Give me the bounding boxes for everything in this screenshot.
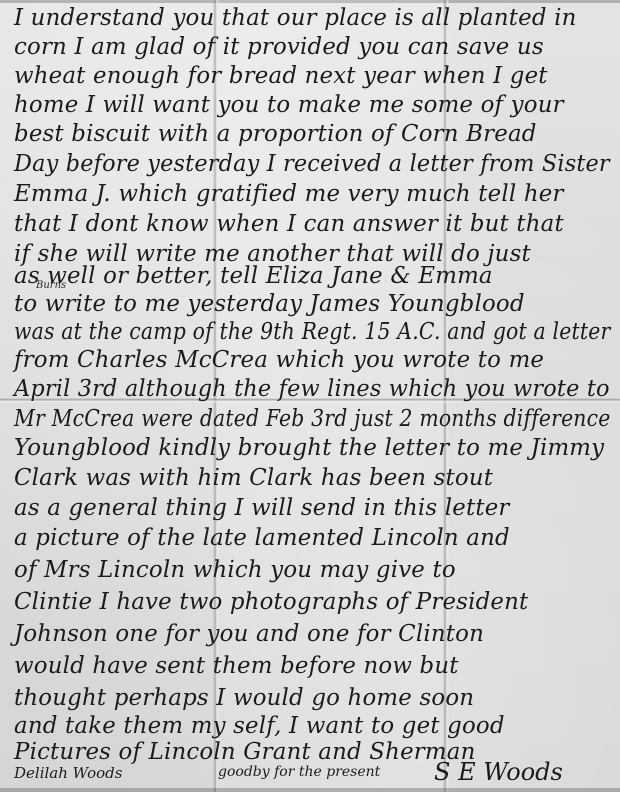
letter-line-11: to write to me yesterday James Youngbloo…: [14, 290, 610, 318]
letter-line-21: Clintie I have two photographs of Presid…: [14, 588, 610, 616]
letter-line-16: Youngblood kindly brought the letter to …: [14, 434, 610, 462]
letter-line-23: would have sent them before now but: [14, 652, 610, 680]
letter-line-8: that I dont know when I can answer it bu…: [14, 210, 610, 238]
letter-line-24: thought perhaps I would go home soon: [14, 684, 610, 712]
letter-line-3: wheat enough for bread next year when I …: [14, 62, 610, 90]
letter-line-17: Clark was with him Clark has been stout: [14, 464, 610, 492]
letter-line-15: Mr McCrea were dated Feb 3rd just 2 mont…: [14, 405, 546, 433]
letter-line-22: Johnson one for you and one for Clinton: [14, 620, 610, 648]
letter-footer: Delilah Woods goodby for the present S E…: [14, 760, 614, 786]
letter-line-10: as well or better, tell Eliza Jane & Emm…: [14, 262, 610, 290]
letter-line-4: home I will want you to make me some of …: [14, 91, 610, 119]
letter-line-14: April 3rd although the few lines which y…: [14, 375, 597, 403]
letter-line-20: of Mrs Lincoln which you may give to: [14, 556, 610, 584]
letter-line-25: and take them my self, I want to get goo…: [14, 712, 610, 740]
closing-phrase: goodby for the present: [218, 764, 380, 780]
letter-line-1: I understand you that our place is all p…: [14, 4, 610, 32]
letter-line-13: from Charles McCrea which you wrote to m…: [14, 346, 610, 374]
letter-line-12: was at the camp of the 9th Regt. 15 A.C.…: [14, 318, 546, 346]
paper-bottom-edge: [0, 788, 620, 792]
letter-line-6: Day before yesterday I received a letter…: [14, 150, 597, 178]
letter-line-18: as a general thing I will send in this l…: [14, 494, 610, 522]
letter-line-5: best biscuit with a proportion of Corn B…: [14, 120, 610, 148]
letter-line-2: corn I am glad of it provided you can sa…: [14, 33, 610, 61]
letter-line-7: Emma J. which gratified me very much tel…: [14, 180, 610, 208]
signature: S E Woods: [434, 758, 563, 786]
letter-page: I understand you that our place is all p…: [0, 0, 620, 792]
letter-line-19: a picture of the late lamented Lincoln a…: [14, 524, 610, 552]
recipient-name: Delilah Woods: [14, 764, 122, 782]
letter-body: I understand you that our place is all p…: [0, 0, 620, 792]
